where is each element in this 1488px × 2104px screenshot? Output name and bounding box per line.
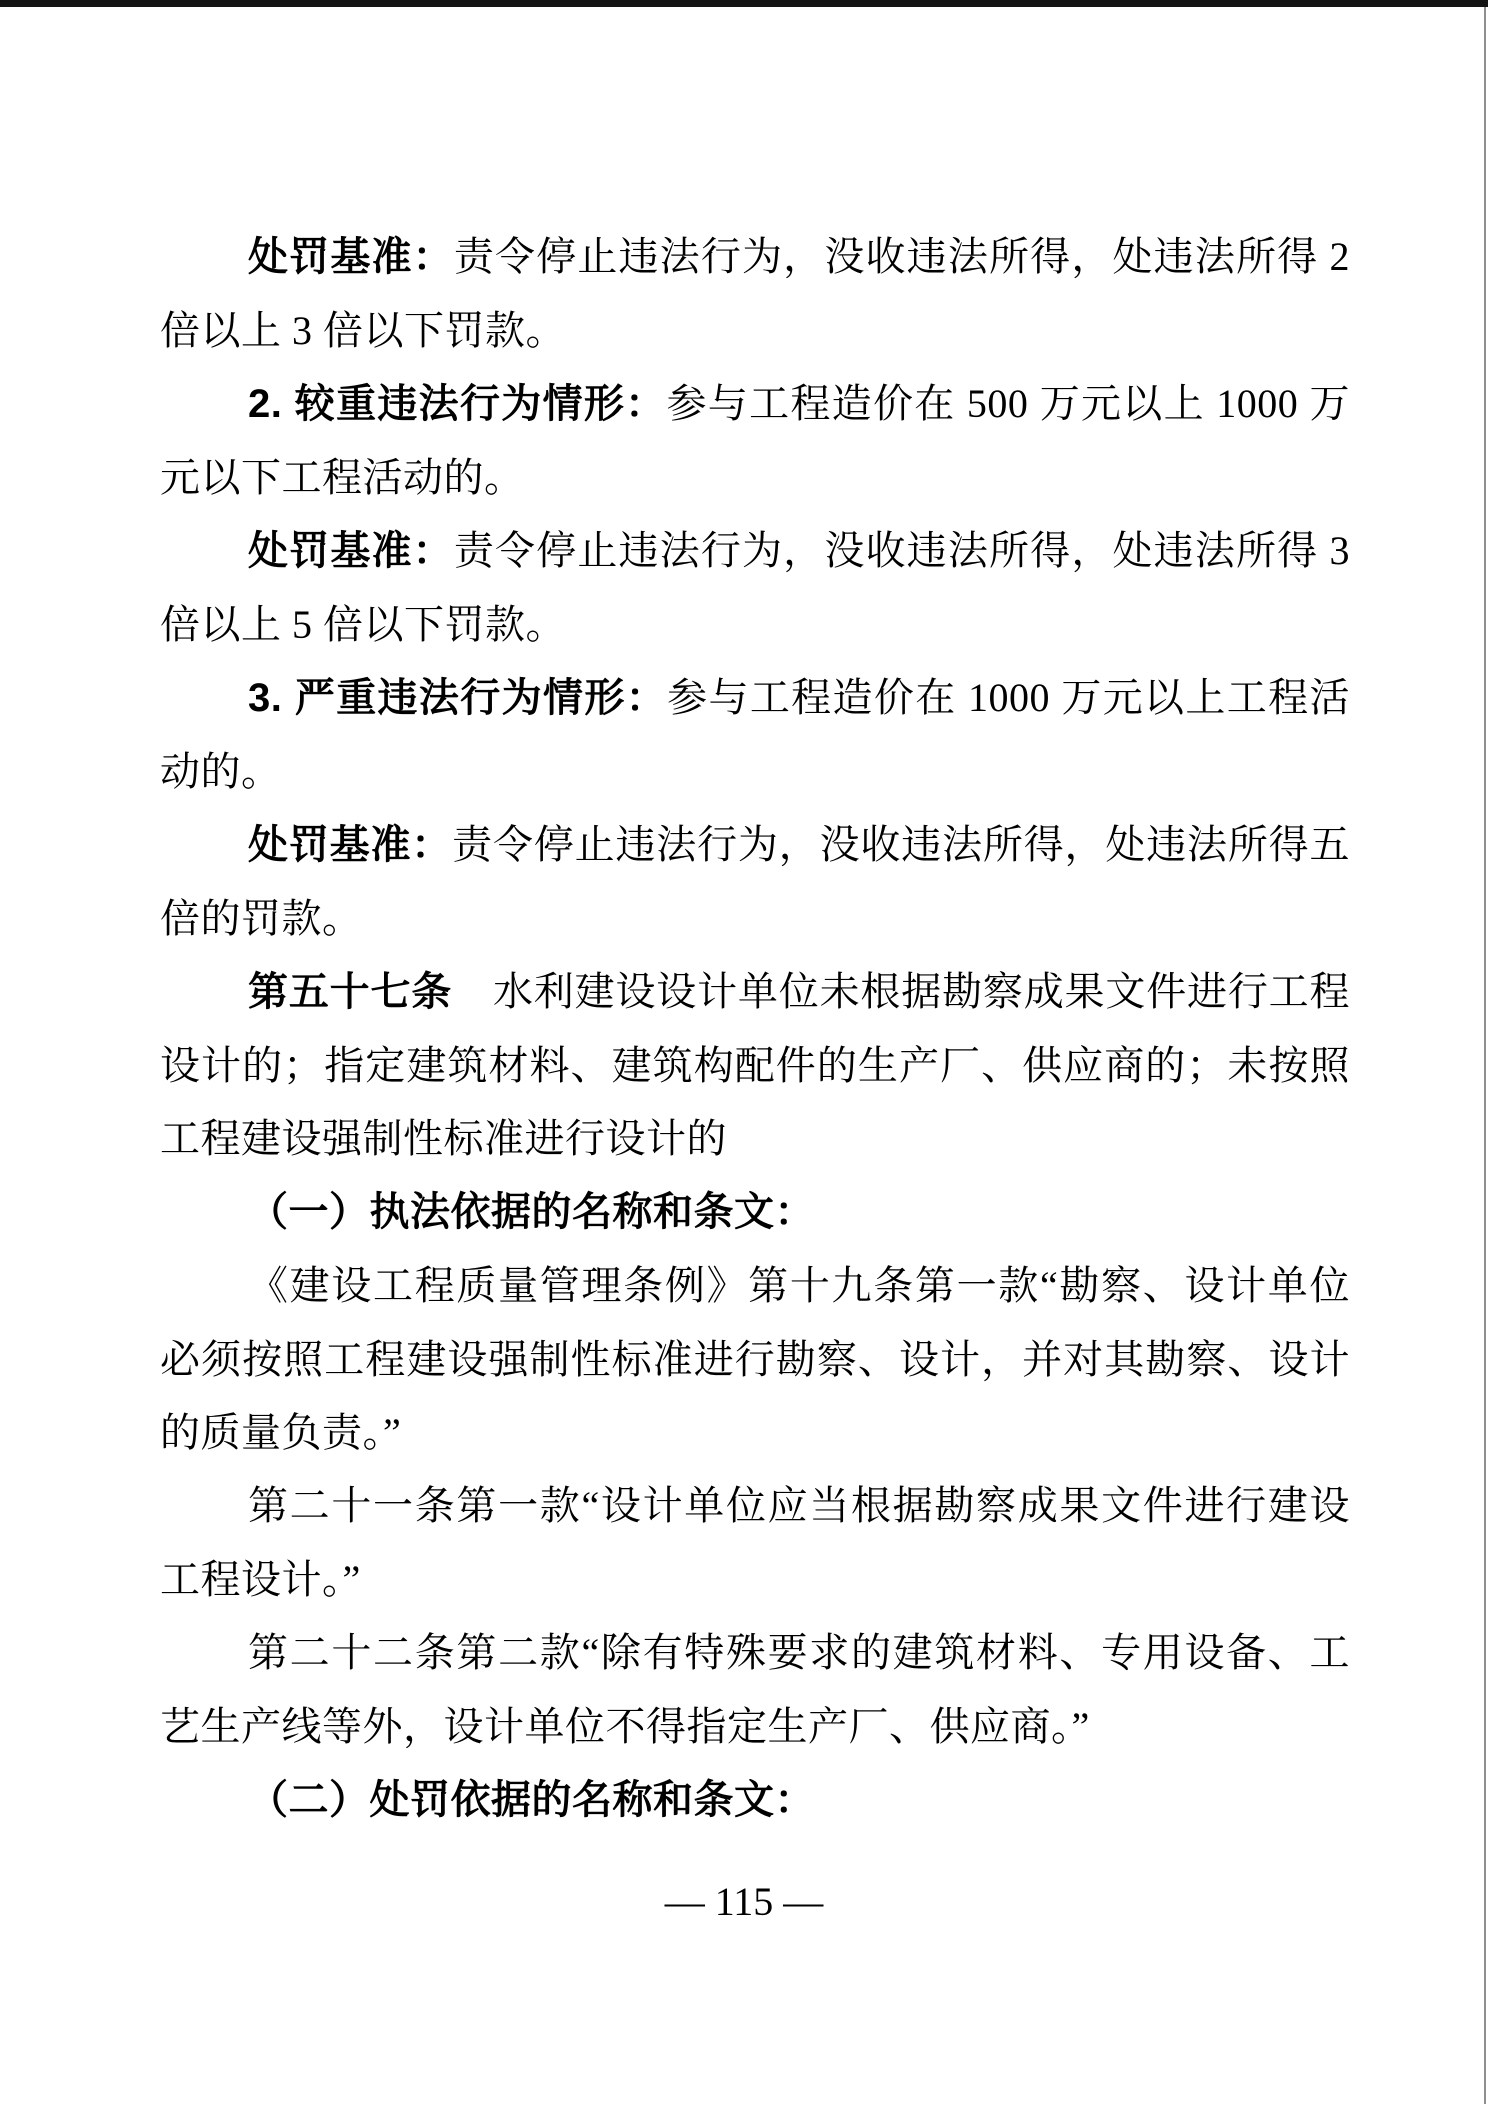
document-body: 处罚基准：责令停止违法行为，没收违法所得，处违法所得 2 倍以上 3 倍以下罚款…	[160, 220, 1350, 1837]
paragraph-text: 第二十一条第一款“设计单位应当根据勘察成果文件进行建设工程设计。”	[160, 1483, 1350, 1602]
paragraph-lead: 处罚基准：	[248, 823, 452, 867]
document-page: 处罚基准：责令停止违法行为，没收违法所得，处违法所得 2 倍以上 3 倍以下罚款…	[0, 0, 1488, 2104]
paragraph-lead: 处罚基准：	[248, 235, 454, 279]
section-heading-label: （二）处罚依据的名称和条文：	[248, 1778, 815, 1822]
paragraph-lead: 处罚基准：	[248, 529, 454, 573]
paragraph: 第二十二条第二款“除有特殊要求的建筑材料、专用设备、工艺生产线等外，设计单位不得…	[160, 1616, 1350, 1763]
scan-top-edge	[0, 0, 1488, 7]
page-number: — 115 —	[665, 1879, 824, 1924]
paragraph-lead: 2. 较重违法行为情形：	[248, 382, 666, 426]
section-heading-label: （一）执法依据的名称和条文：	[248, 1190, 815, 1234]
scan-right-edge	[1484, 7, 1486, 2104]
paragraph: 第二十一条第一款“设计单位应当根据勘察成果文件进行建设工程设计。”	[160, 1469, 1350, 1616]
paragraph-lead: 3. 严重违法行为情形：	[248, 676, 667, 720]
paragraph-text: 《建设工程质量管理条例》第十九条第一款“勘察、设计单位必须按照工程建设强制性标准…	[160, 1263, 1350, 1455]
article-number: 第五十七条	[248, 970, 452, 1014]
page-footer: — 115 —	[0, 1872, 1488, 1932]
paragraph-text: 第二十二条第二款“除有特殊要求的建筑材料、专用设备、工艺生产线等外，设计单位不得…	[160, 1630, 1350, 1749]
section-heading: （二）处罚依据的名称和条文：	[160, 1763, 1350, 1837]
paragraph: 处罚基准：责令停止违法行为，没收违法所得，处违法所得 2 倍以上 3 倍以下罚款…	[160, 220, 1350, 367]
paragraph: 处罚基准：责令停止违法行为，没收违法所得，处违法所得五倍的罚款。	[160, 808, 1350, 955]
paragraph: 处罚基准：责令停止违法行为，没收违法所得，处违法所得 3 倍以上 5 倍以下罚款…	[160, 514, 1350, 661]
paragraph-article-57: 第五十七条 水利建设设计单位未根据勘察成果文件进行工程设计的；指定建筑材料、建筑…	[160, 955, 1350, 1175]
paragraph: 3. 严重违法行为情形：参与工程造价在 1000 万元以上工程活动的。	[160, 661, 1350, 808]
paragraph: 《建设工程质量管理条例》第十九条第一款“勘察、设计单位必须按照工程建设强制性标准…	[160, 1249, 1350, 1469]
section-heading: （一）执法依据的名称和条文：	[160, 1175, 1350, 1249]
paragraph: 2. 较重违法行为情形：参与工程造价在 500 万元以上 1000 万元以下工程…	[160, 367, 1350, 514]
